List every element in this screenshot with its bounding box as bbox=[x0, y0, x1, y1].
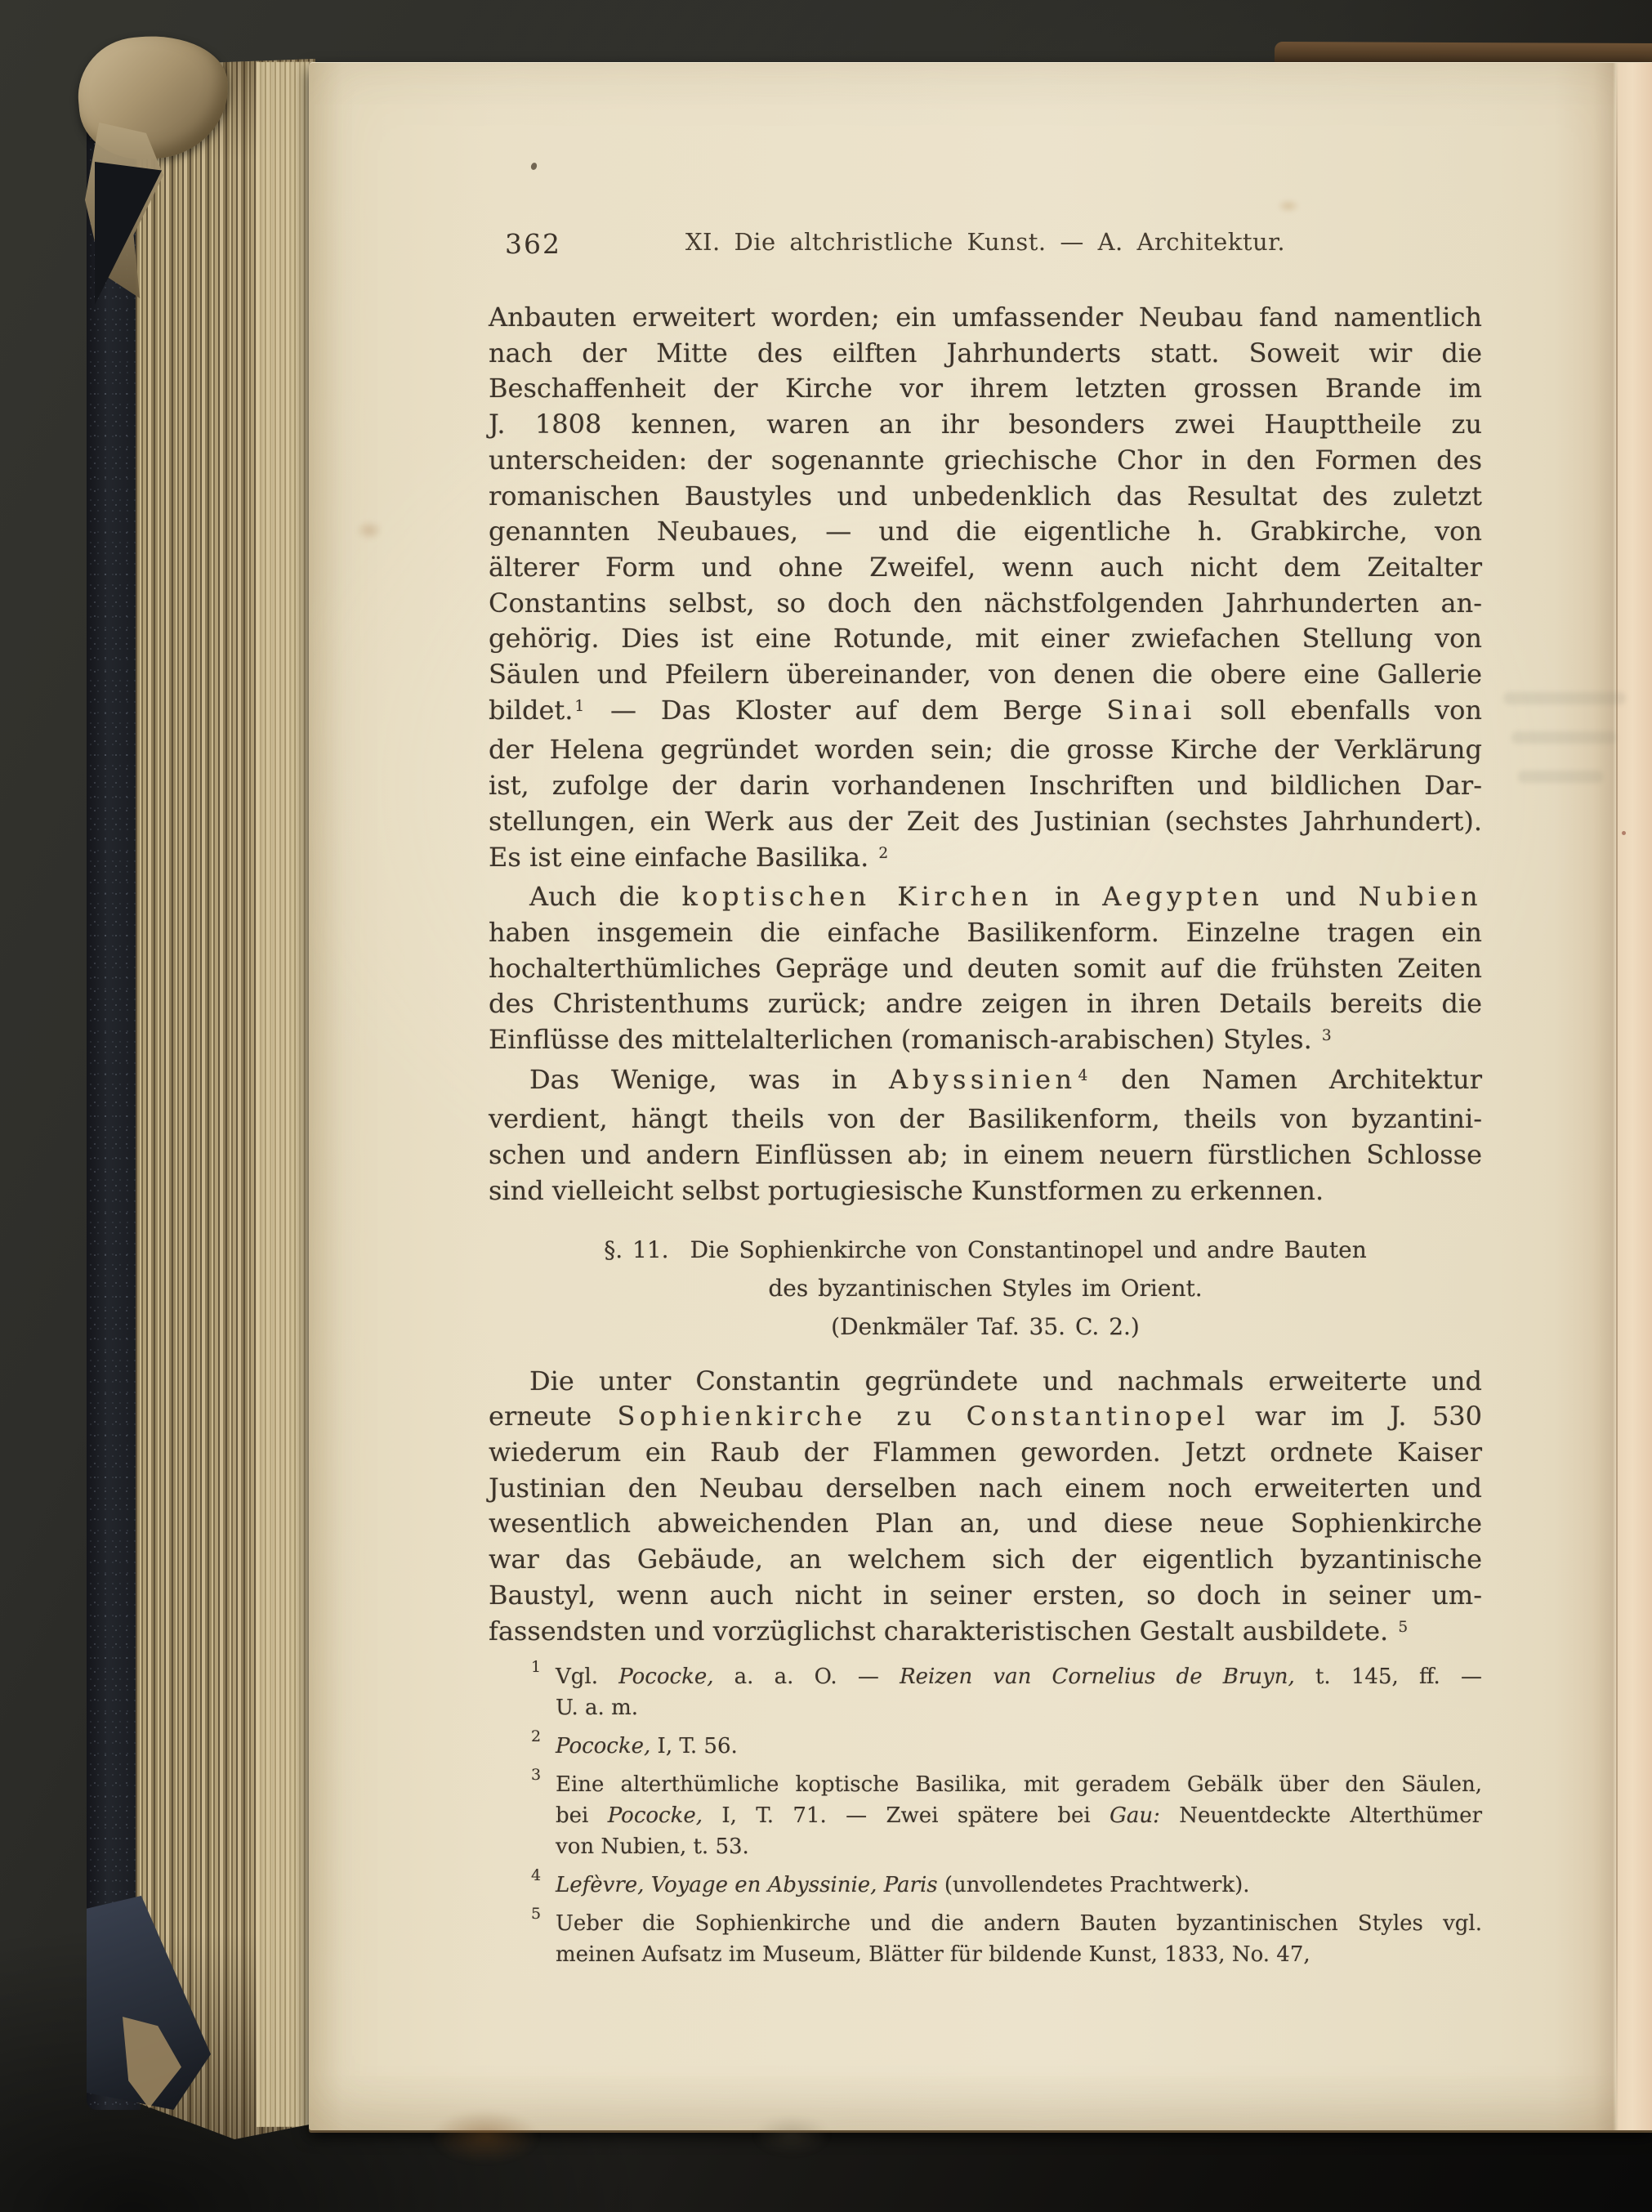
footnote-number: 5 bbox=[531, 1905, 541, 1923]
text-segment: U. a. m. bbox=[556, 1696, 638, 1720]
italic-text: Pococke, bbox=[608, 1803, 703, 1828]
footnote-number: 4 bbox=[531, 1866, 541, 1884]
text-line: Baustyl, wenn auch nicht in seiner erste… bbox=[489, 1578, 1482, 1614]
ink-speck bbox=[530, 162, 538, 171]
text-segment: Justinian den Neubau derselben nach eine… bbox=[489, 1472, 1482, 1504]
text-segment: (unvollendetes Prachtwerk). bbox=[938, 1873, 1250, 1897]
text-line: sind vielleicht selbst portugiesische Ku… bbox=[489, 1173, 1482, 1209]
italic-text: Pococke, bbox=[556, 1734, 650, 1758]
text-line: Pococke, I, T. 56. bbox=[556, 1731, 1482, 1762]
text-segment: fassendsten und vorzüglichst charakteris… bbox=[489, 1615, 1396, 1647]
footnote-ref: 2 bbox=[877, 845, 890, 862]
photograph-background: { "colors": { "paper": "#e9dfc6", "ink":… bbox=[0, 0, 1652, 2212]
text-segment: bildet. bbox=[489, 695, 573, 726]
text-segment: stellungen, ein Werk aus der Zeit des Ju… bbox=[489, 806, 1482, 837]
text-line: Vgl. Pococke, a. a. O. — Reizen van Corn… bbox=[556, 1661, 1482, 1692]
fox-spot bbox=[1277, 199, 1300, 213]
text-segment: verdient, hängt theils von der Basiliken… bbox=[489, 1103, 1482, 1134]
text-segment: Beschaffenheit der Kirche vor ihrem letz… bbox=[489, 373, 1482, 404]
text-line: gehörig. Dies ist eine Rotunde, mit eine… bbox=[489, 621, 1482, 657]
text-segment: Das Wenige, was in bbox=[529, 1064, 889, 1095]
text-segment: Die unter Constantin gegründete und nach… bbox=[529, 1365, 1482, 1396]
ghost-showthrough bbox=[1518, 771, 1603, 783]
text-line: verdient, hängt theils von der Basiliken… bbox=[489, 1102, 1482, 1137]
text-line: fassendsten und vorzüglichst charakteris… bbox=[489, 1614, 1482, 1654]
footnote-ref: 1 bbox=[573, 698, 586, 715]
text-segment: bei bbox=[556, 1803, 608, 1828]
text-line: romanischen Baustyles und unbedenklich d… bbox=[489, 479, 1482, 515]
text-segment: von Nubien, t. 53. bbox=[556, 1834, 749, 1859]
text-segment: Eine alterthümliche koptische Basilika, … bbox=[556, 1772, 1482, 1797]
text-segment: soll ebenfalls von bbox=[1196, 695, 1482, 726]
text-segment: älterer Form und ohne Zweifel, wenn auch… bbox=[489, 552, 1482, 583]
footnote-ref: 5 bbox=[1396, 1619, 1409, 1636]
section-plate-reference: (Denkmäler Taf. 35. C. 2.) bbox=[489, 1307, 1482, 1346]
text-segment: war im J. 530 bbox=[1230, 1401, 1482, 1432]
text-line: Beschaffenheit der Kirche vor ihrem letz… bbox=[489, 371, 1482, 407]
text-segment: war das Gebäude, an welchem sich der eig… bbox=[489, 1544, 1482, 1575]
footnote-ref: 3 bbox=[1320, 1027, 1333, 1044]
text-segment: ist, zufolge der darin vorhandenen Insch… bbox=[489, 770, 1482, 801]
text-segment: Säulen und Pfeilern übereinander, von de… bbox=[489, 659, 1482, 690]
text-segment: unterscheiden: der sogenannte griechisch… bbox=[489, 445, 1482, 476]
text-segment: I, T. 71. — Zwei spätere bei bbox=[703, 1803, 1110, 1828]
text-line: nach der Mitte des eilften Jahrhunderts … bbox=[489, 336, 1482, 372]
text-line: Das Wenige, was in Abyssinien4 den Namen… bbox=[489, 1062, 1482, 1102]
text-line: wiederum ein Raub der Flammen geworden. … bbox=[489, 1435, 1482, 1471]
footnote: 4Lefèvre, Voyage en Abyssinie, Paris (un… bbox=[556, 1870, 1482, 1901]
letterspaced-text: Abyssinien bbox=[889, 1064, 1077, 1095]
text-segment: Einflüsse des mittelalterlichen (romanis… bbox=[489, 1024, 1320, 1055]
footnote: 5Ueber die Sophienkirche und die andern … bbox=[556, 1908, 1482, 1970]
text-segment: Es ist eine einfache Basilika. bbox=[489, 842, 877, 873]
footnote-ref: 4 bbox=[1077, 1067, 1090, 1084]
text-line: Constantins selbst, so doch den nächstfo… bbox=[489, 586, 1482, 622]
text-segment: a. a. O. — bbox=[713, 1665, 900, 1689]
stain bbox=[431, 2110, 539, 2164]
text-segment: gehörig. Dies ist eine Rotunde, mit eine… bbox=[489, 623, 1482, 654]
ghost-showthrough bbox=[1503, 692, 1626, 704]
text-line: U. a. m. bbox=[556, 1692, 1482, 1723]
text-segment: Auch die bbox=[529, 881, 681, 912]
book-page: 362 XI. Die altchristliche Kunst. — A. A… bbox=[309, 62, 1652, 2130]
text-block: Anbauten erweitert worden; ein umfassend… bbox=[489, 300, 1482, 1977]
text-line: schen und andern Einflüssen ab; in einem… bbox=[489, 1137, 1482, 1173]
stain bbox=[754, 2116, 829, 2155]
footnote-number: 3 bbox=[531, 1766, 541, 1784]
letterspaced-text: Nubien bbox=[1359, 881, 1483, 912]
text-line: Justinian den Neubau derselben nach eine… bbox=[489, 1471, 1482, 1507]
text-segment: I, T. 56. bbox=[650, 1734, 737, 1758]
footnotes: 1Vgl. Pococke, a. a. O. — Reizen van Cor… bbox=[556, 1661, 1482, 1970]
italic-text: Reizen van Cornelius de Bruyn, bbox=[900, 1665, 1295, 1689]
text-line: Einflüsse des mittelalterlichen (romanis… bbox=[489, 1022, 1482, 1062]
text-line: Auch die koptischen Kirchen in Aegypten … bbox=[489, 879, 1482, 915]
text-segment: sind vielleicht selbst portugiesische Ku… bbox=[489, 1175, 1324, 1206]
section-title-text: Die Sophienkirche von Constantinopel und… bbox=[690, 1236, 1367, 1263]
text-line: ist, zufolge der darin vorhandenen Insch… bbox=[489, 768, 1482, 804]
page-number: 362 bbox=[505, 228, 561, 260]
text-line: des Christenthums zurück; andre zeigen i… bbox=[489, 986, 1482, 1022]
text-line: Eine alterthümliche koptische Basilika, … bbox=[556, 1769, 1482, 1800]
text-line: erneute Sophienkirche zu Constantinopel … bbox=[489, 1399, 1482, 1435]
page-stack-edges bbox=[136, 54, 315, 2140]
text-line: hochalterthümliches Gepräge und deuten s… bbox=[489, 951, 1482, 987]
text-segment: haben insgemein die einfache Basilikenfo… bbox=[489, 917, 1482, 948]
text-segment: — Das Kloster auf dem Berge bbox=[586, 695, 1106, 726]
footnote-number: 2 bbox=[531, 1727, 541, 1745]
text-line: bildet.1 — Das Kloster auf dem Berge Sin… bbox=[489, 693, 1482, 733]
section-number: §. 11. bbox=[604, 1236, 668, 1263]
text-segment: hochalterthümliches Gepräge und deuten s… bbox=[489, 953, 1482, 984]
text-segment: Ueber die Sophienkirche und die andern B… bbox=[556, 1911, 1482, 1936]
text-segment: der Helena gegründet worden sein; die gr… bbox=[489, 734, 1482, 765]
text-segment: Vgl. bbox=[556, 1665, 618, 1689]
footnote: 1Vgl. Pococke, a. a. O. — Reizen van Cor… bbox=[556, 1661, 1482, 1723]
text-segment: Constantins selbst, so doch den nächstfo… bbox=[489, 588, 1482, 619]
letterspaced-text: koptischen Kirchen bbox=[681, 881, 1032, 912]
text-line: meinen Aufsatz im Museum, Blätter für bi… bbox=[556, 1939, 1482, 1970]
italic-text: Lefèvre, Voyage en Abyssinie, Paris bbox=[556, 1873, 938, 1897]
footnote: 2Pococke, I, T. 56. bbox=[556, 1731, 1482, 1762]
text-segment: genannten Neubaues, — und die eigentlich… bbox=[489, 516, 1482, 547]
text-line: Säulen und Pfeilern übereinander, von de… bbox=[489, 657, 1482, 693]
text-segment: Anbauten erweitert worden; ein umfassend… bbox=[489, 302, 1482, 333]
text-line: älterer Form und ohne Zweifel, wenn auch… bbox=[489, 550, 1482, 586]
text-segment: wesentlich abweichenden Plan an, und die… bbox=[489, 1508, 1482, 1539]
fox-spot bbox=[356, 521, 382, 540]
page-gutter-shading bbox=[1554, 63, 1652, 2130]
letterspaced-text: Sinai bbox=[1106, 695, 1195, 726]
body-text-lower: Die unter Constantin gegründete und nach… bbox=[489, 1364, 1482, 1654]
text-line: genannten Neubaues, — und die eigentlich… bbox=[489, 514, 1482, 550]
text-segment: nach der Mitte des eilften Jahrhunderts … bbox=[489, 337, 1482, 369]
text-segment: in bbox=[1033, 881, 1102, 912]
text-line: J. 1808 kennen, waren an ihr besonders z… bbox=[489, 407, 1482, 443]
text-segment: t. 145, ff. — bbox=[1295, 1665, 1482, 1689]
text-segment: wiederum ein Raub der Flammen geworden. … bbox=[489, 1437, 1482, 1468]
text-line: Ueber die Sophienkirche und die andern B… bbox=[556, 1908, 1482, 1939]
text-segment: des Christenthums zurück; andre zeigen i… bbox=[489, 988, 1482, 1019]
text-line: der Helena gegründet worden sein; die gr… bbox=[489, 732, 1482, 768]
text-line: wesentlich abweichenden Plan an, und die… bbox=[489, 1506, 1482, 1542]
text-line: haben insgemein die einfache Basilikenfo… bbox=[489, 915, 1482, 951]
text-line: war das Gebäude, an welchem sich der eig… bbox=[489, 1542, 1482, 1578]
ink-speck bbox=[1622, 831, 1626, 835]
text-line: Es ist eine einfache Basilika. 2 bbox=[489, 840, 1482, 880]
section-title-line: des byzantinischen Styles im Orient. bbox=[489, 1269, 1482, 1307]
section-title-line: §. 11.Die Sophienkirche von Constantinop… bbox=[489, 1231, 1482, 1269]
text-segment: romanischen Baustyles und unbedenklich d… bbox=[489, 480, 1482, 512]
text-line: von Nubien, t. 53. bbox=[556, 1831, 1482, 1862]
gutter-crease bbox=[1616, 63, 1618, 2130]
text-line: unterscheiden: der sogenannte griechisch… bbox=[489, 443, 1482, 479]
book-cover-spine bbox=[87, 49, 141, 2110]
body-text-upper: Anbauten erweitert worden; ein umfassend… bbox=[489, 300, 1482, 1209]
italic-text: Gau: bbox=[1110, 1803, 1160, 1828]
footnote-number: 1 bbox=[531, 1658, 541, 1676]
letterspaced-text: Aegypten bbox=[1102, 881, 1263, 912]
text-line: Lefèvre, Voyage en Abyssinie, Paris (unv… bbox=[556, 1870, 1482, 1901]
text-segment: und bbox=[1263, 881, 1358, 912]
running-header-row: 362 XI. Die altchristliche Kunst. — A. A… bbox=[489, 228, 1482, 256]
ghost-showthrough bbox=[1511, 731, 1616, 744]
text-segment: schen und andern Einflüssen ab; in einem… bbox=[489, 1139, 1482, 1170]
text-line: Die unter Constantin gegründete und nach… bbox=[489, 1364, 1482, 1400]
text-line: Anbauten erweitert worden; ein umfassend… bbox=[489, 300, 1482, 336]
section-heading: §. 11.Die Sophienkirche von Constantinop… bbox=[489, 1231, 1482, 1346]
letterspaced-text: Sophienkirche zu Constantinopel bbox=[618, 1401, 1230, 1432]
running-header: XI. Die altchristliche Kunst. — A. Archi… bbox=[489, 228, 1482, 256]
text-segment: den Namen Architektur bbox=[1089, 1064, 1482, 1095]
text-line: bei Pococke, I, T. 71. — Zwei spätere be… bbox=[556, 1800, 1482, 1831]
text-segment: meinen Aufsatz im Museum, Blätter für bi… bbox=[556, 1942, 1310, 1967]
text-line: stellungen, ein Werk aus der Zeit des Ju… bbox=[489, 804, 1482, 840]
text-segment: erneute bbox=[489, 1401, 618, 1432]
footnote: 3Eine alterthümliche koptische Basilika,… bbox=[556, 1769, 1482, 1862]
italic-text: Pococke, bbox=[618, 1665, 713, 1689]
text-segment: Neuentdeckte Alterthümer bbox=[1160, 1803, 1482, 1828]
text-segment: Baustyl, wenn auch nicht in seiner erste… bbox=[489, 1580, 1482, 1611]
text-segment: J. 1808 kennen, waren an ihr besonders z… bbox=[489, 409, 1482, 440]
